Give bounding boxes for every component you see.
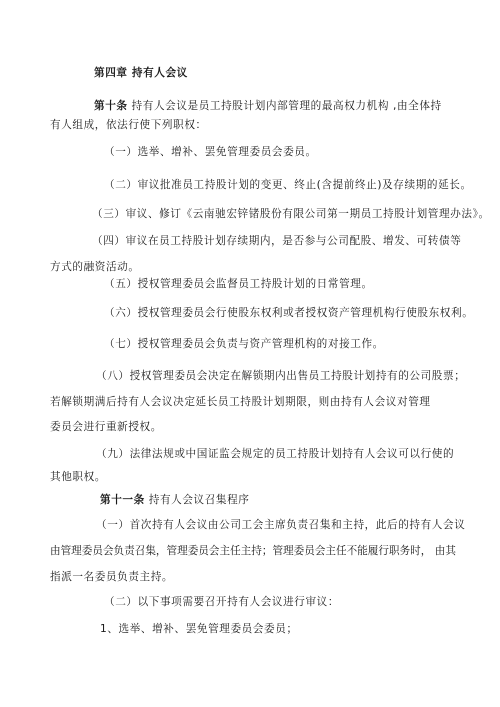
article-11-heading: 第十一条 持有人会议召集程序 <box>100 493 250 507</box>
article-10-item-9: （九）法律法规或中国证监会规定的员工持股计划持有人会议可以行使的 <box>96 447 454 461</box>
article-11-item-1-cont-1: 由管理委员会负责召集，管理委员会主任主持；管理委员会主任不能履行职务时， 由其 <box>50 544 456 558</box>
article-11-label: 第十一条 <box>100 494 145 506</box>
article-10-item-8-cont-1: 若解锁期满后持有人会议决定延长员工持股计划期限，则由持有人会议对管理 <box>50 395 431 409</box>
article-10-item-7: （七）授权管理委员会负责与资产管理机构的对接工作。 <box>104 337 384 351</box>
article-10-line-1: 第十条 持有人会议是员工持股计划内部管理的最高权力机构 ,由全体持 <box>94 99 442 113</box>
article-10-item-3: （三）审议、修订《云南驰宏锌锗股份有限公司第一期员工持股计划管理办法》。 <box>92 207 490 221</box>
article-10-line-2: 有人组成，依法行使下列职权： <box>50 118 207 132</box>
article-10-item-5: （五）授权管理委员会监督员工持股计划的日常管理。 <box>104 277 373 291</box>
article-10-text: 持有人会议是员工持股计划内部管理的最高权力机构 ,由全体持 <box>128 100 442 112</box>
article-10-item-9-cont: 其他职权。 <box>50 470 106 484</box>
article-10-item-4-cont: 方式的融资活动。 <box>50 260 140 274</box>
article-10-item-8: （八）授权管理委员会决定在解锁期内出售员工持股计划持有的公司股票； <box>96 369 465 383</box>
article-10-item-4: （四）审议在员工持股计划存续期内，是否参与公司配股、增发、可转债等 <box>92 234 461 248</box>
article-10-item-6: （六）授权管理委员会行使股东权利或者授权资产管理机构行使股东权利。 <box>104 306 473 320</box>
article-10-label: 第十条 <box>94 100 128 112</box>
article-11-sub-item-1: 1、选举、增补、罢免管理委员会委员； <box>100 622 298 636</box>
article-11-item-2: （二）以下事项需要召开持有人会议进行审议： <box>104 595 339 609</box>
article-10-item-2: （二）审议批准员工持股计划的变更、终止(含提前终止)及存续期的延长。 <box>104 178 472 192</box>
article-11-title: 持有人会议召集程序 <box>145 494 250 506</box>
article-11-item-1: （一）首次持有人会议由公司工会主席负责召集和主持，此后的持有人会议 <box>96 518 465 532</box>
article-10-item-1: （一）选举、增补、罢免管理委员会委员。 <box>104 145 317 159</box>
chapter-title: 第四章 持有人会议 <box>94 66 188 80</box>
article-11-item-1-cont-2: 指派一名委员负责主持。 <box>50 570 173 584</box>
article-10-item-8-cont-2: 委员会进行重新授权。 <box>50 420 162 434</box>
